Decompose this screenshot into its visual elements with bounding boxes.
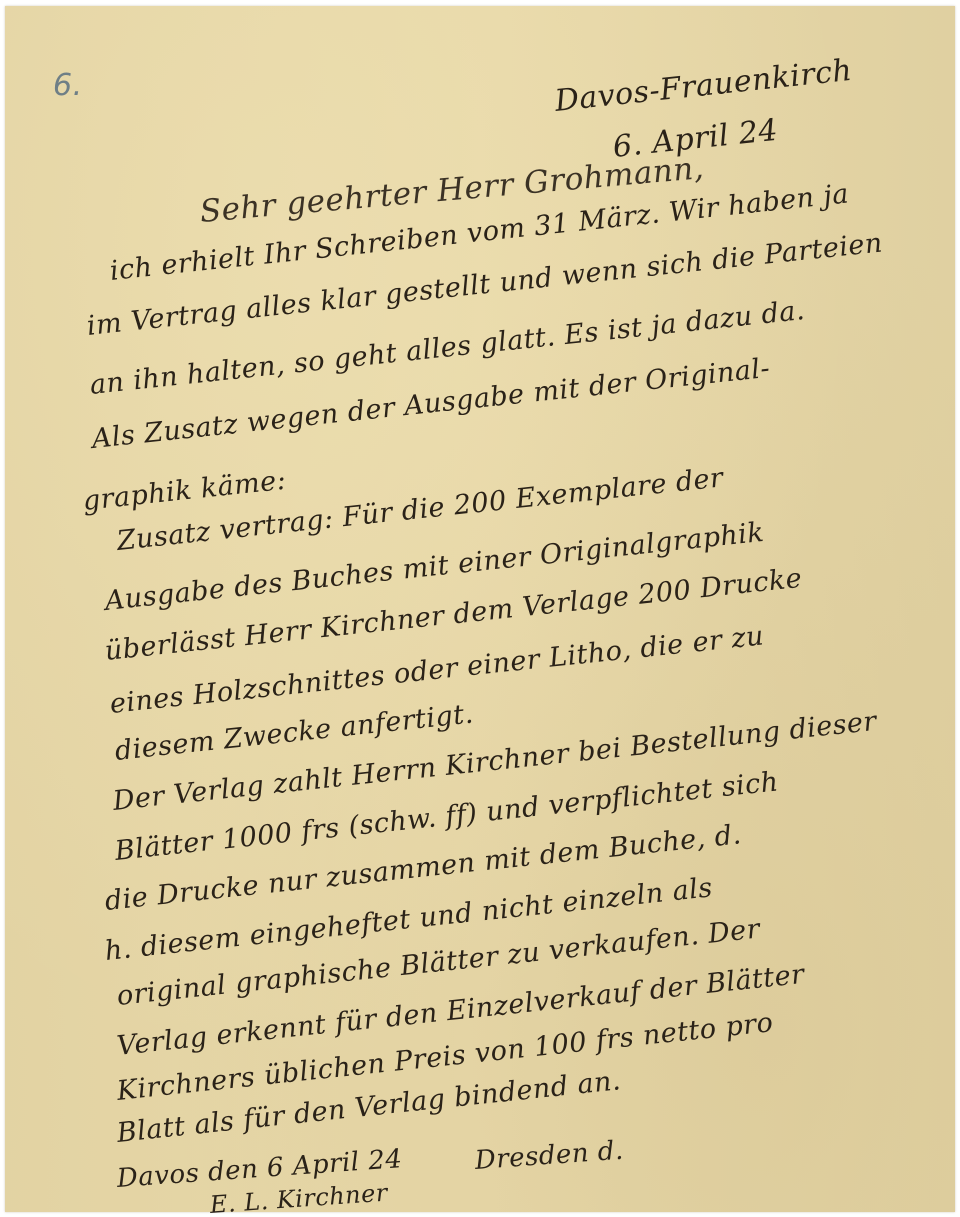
closing-word: Dresden d. xyxy=(474,1136,625,1176)
letter-place: Davos-Frauenkirch xyxy=(553,53,854,119)
letter-page: 6. Davos-Frauenkirch 6. April 24 Sehr ge… xyxy=(5,6,955,1212)
body-line: graphik käme: xyxy=(81,465,287,517)
page-number-mark: 6. xyxy=(53,68,83,103)
